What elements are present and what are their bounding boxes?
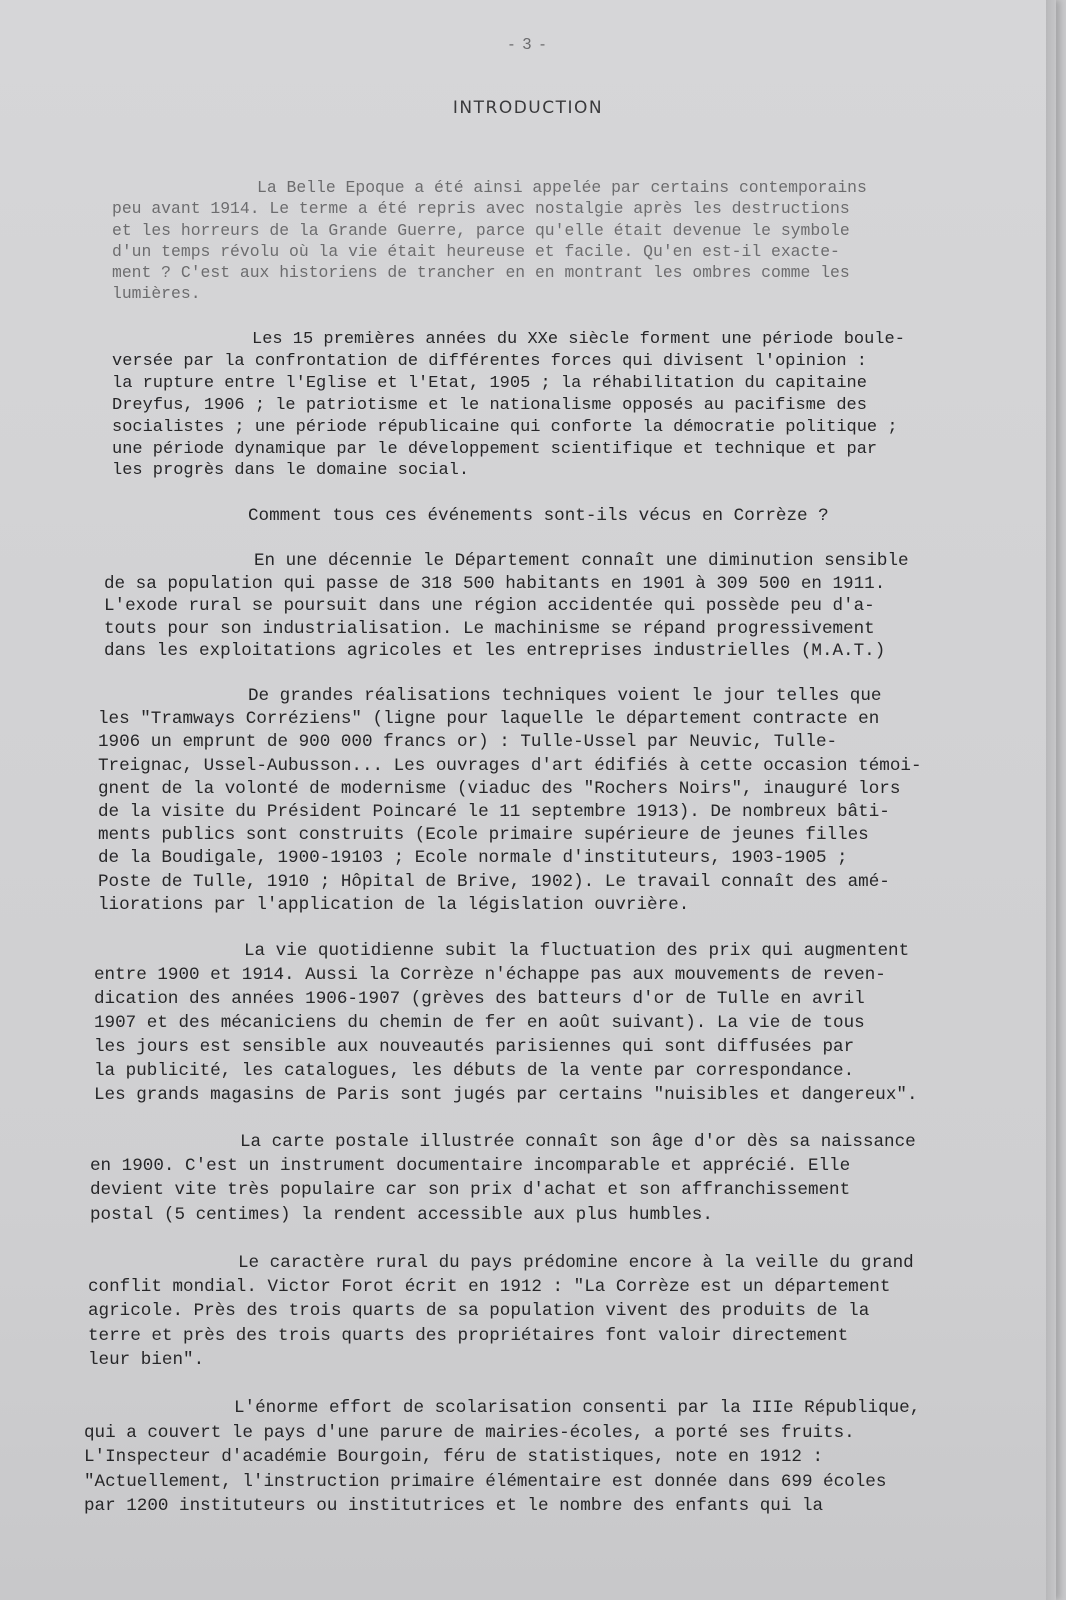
- text-line: Poste de Tulle, 1910 ; Hôpital de Brive,…: [98, 871, 922, 894]
- paragraph-quinze-premieres-annees: Les 15 premières années du XXe siècle fo…: [112, 329, 905, 482]
- document-page: - 3 - INTRODUCTION La Belle Epoque a été…: [0, 0, 1056, 1600]
- text-line: ments publics sont construits (Ecole pri…: [98, 824, 922, 847]
- text-line: La vie quotidienne subit la fluctuation …: [94, 939, 918, 963]
- text-line: Comment tous ces événements sont-ils véc…: [248, 505, 829, 528]
- text-line: postal (5 centimes) la rendent accessibl…: [90, 1203, 916, 1227]
- text-line: Les 15 premières années du XXe siècle fo…: [112, 329, 905, 351]
- text-line: La carte postale illustrée connaît son â…: [90, 1130, 916, 1154]
- text-line: dication des années 1906-1907 (grèves de…: [94, 987, 918, 1011]
- paragraph-population: En une décennie le Département connaît u…: [104, 550, 909, 663]
- paragraph-scolarisation: L'énorme effort de scolarisation consent…: [84, 1396, 920, 1519]
- text-line: 1906 un emprunt de 900 000 francs or) : …: [98, 731, 922, 754]
- text-line: lumières.: [112, 283, 867, 304]
- text-line: L'exode rural se poursuit dans une régio…: [104, 595, 909, 618]
- text-line: Dreyfus, 1906 ; le patriotisme et le nat…: [112, 395, 905, 417]
- page-edge-shadow: [1046, 0, 1056, 1600]
- text-line: qui a couvert le pays d'une parure de ma…: [84, 1421, 920, 1446]
- text-line: la publicité, les catalogues, les débuts…: [94, 1059, 918, 1083]
- paragraph-realisations-techniques: De grandes réalisations techniques voien…: [98, 685, 922, 917]
- paragraph-question-correze: Comment tous ces événements sont-ils véc…: [248, 505, 829, 528]
- text-line: De grandes réalisations techniques voien…: [98, 685, 922, 708]
- text-line: La Belle Epoque a été ainsi appelée par …: [112, 177, 867, 198]
- text-line: "Actuellement, l'instruction primaire él…: [84, 1470, 920, 1495]
- text-line: liorations par l'application de la légis…: [98, 894, 922, 917]
- text-line: 1907 et des mécaniciens du chemin de fer…: [94, 1011, 918, 1035]
- text-line: ment ? C'est aux historiens de trancher …: [112, 262, 867, 283]
- page-number: - 3 -: [0, 36, 1056, 54]
- text-line: En une décennie le Département connaît u…: [104, 550, 909, 573]
- text-line: en 1900. C'est un instrument documentair…: [90, 1154, 916, 1178]
- text-line: de la Boudigale, 1900-19103 ; Ecole norm…: [98, 847, 922, 870]
- text-line: de la visite du Président Poincaré le 11…: [98, 801, 922, 824]
- text-line: Le caractère rural du pays prédomine enc…: [88, 1251, 914, 1275]
- text-line: L'Inspecteur d'académie Bourgoin, féru d…: [84, 1445, 920, 1470]
- paragraph-caractere-rural: Le caractère rural du pays prédomine enc…: [88, 1251, 914, 1372]
- text-line: touts pour son industrialisation. Le mac…: [104, 618, 909, 641]
- text-line: par 1200 instituteurs ou institutrices e…: [84, 1494, 920, 1519]
- text-line: terre et près des trois quarts des propr…: [88, 1324, 914, 1348]
- text-line: d'un temps révolu où la vie était heureu…: [112, 241, 867, 262]
- text-line: agricole. Près des trois quarts de sa po…: [88, 1299, 914, 1323]
- text-line: de sa population qui passe de 318 500 ha…: [104, 573, 909, 596]
- text-line: Les grands magasins de Paris sont jugés …: [94, 1083, 918, 1107]
- text-line: versée par la confrontation de différent…: [112, 351, 905, 373]
- text-line: L'énorme effort de scolarisation consent…: [84, 1396, 920, 1421]
- text-line: la rupture entre l'Eglise et l'Etat, 190…: [112, 373, 905, 395]
- text-line: entre 1900 et 1914. Aussi la Corrèze n'é…: [94, 963, 918, 987]
- paragraph-vie-quotidienne: La vie quotidienne subit la fluctuation …: [94, 939, 918, 1107]
- page-title: INTRODUCTION: [0, 98, 1056, 118]
- text-line: peu avant 1914. Le terme a été repris av…: [112, 198, 867, 219]
- text-line: Treignac, Ussel-Aubusson... Les ouvrages…: [98, 755, 922, 778]
- paragraph-belle-epoque: La Belle Epoque a été ainsi appelée par …: [112, 177, 867, 305]
- paragraph-carte-postale: La carte postale illustrée connaît son â…: [90, 1130, 916, 1227]
- text-line: les "Tramways Corréziens" (ligne pour la…: [98, 708, 922, 731]
- text-line: leur bien".: [88, 1348, 914, 1372]
- text-line: les progrès dans le domaine social.: [112, 460, 905, 482]
- text-line: les jours est sensible aux nouveautés pa…: [94, 1035, 918, 1059]
- text-line: socialistes ; une période républicaine q…: [112, 417, 905, 439]
- text-line: une période dynamique par le développeme…: [112, 439, 905, 461]
- text-line: devient vite très populaire car son prix…: [90, 1178, 916, 1202]
- text-line: gnent de la volonté de modernisme (viadu…: [98, 778, 922, 801]
- text-line: et les horreurs de la Grande Guerre, par…: [112, 220, 867, 241]
- text-line: conflit mondial. Victor Forot écrit en 1…: [88, 1275, 914, 1299]
- text-line: dans les exploitations agricoles et les …: [104, 640, 909, 663]
